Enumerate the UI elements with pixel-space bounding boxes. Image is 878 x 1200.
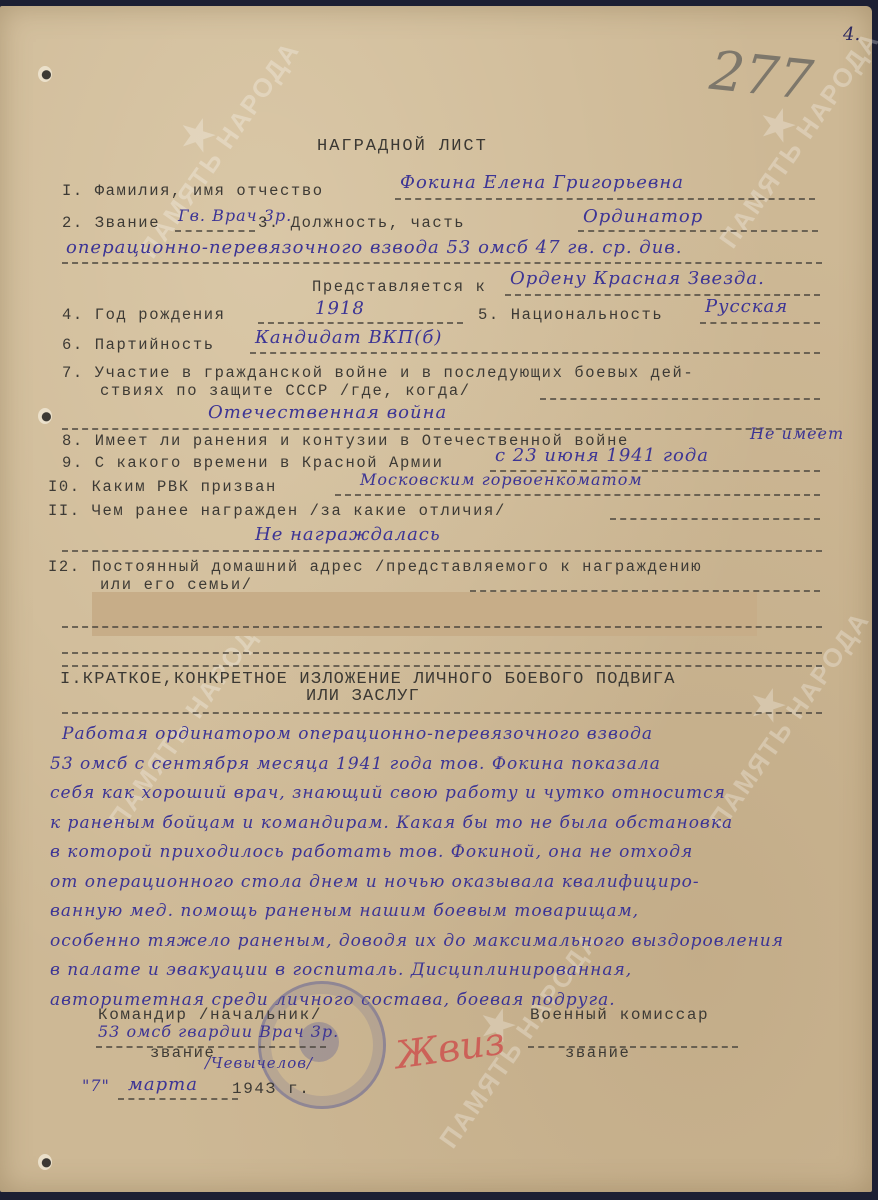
narrative-line: в палате и эвакуации в госпиталь. Дисцип… (50, 960, 632, 980)
commander-name: /Чевычелов/ (205, 1054, 313, 1072)
fill-line (62, 652, 822, 654)
fill-line (395, 198, 815, 200)
field-label-name: I. Фамилия, имя отчество (62, 182, 324, 200)
date-year: 194З г. (232, 1080, 310, 1098)
fill-line (258, 322, 463, 324)
field-label-birth-year: 4. Год рождения (62, 306, 226, 324)
commissar-label: Военный комиссар (530, 1006, 709, 1024)
field-value-name: Фокина Елена Григорьевна (400, 172, 684, 193)
field-label-previous-awards: II. Чем ранее награжден /за какие отличи… (48, 502, 506, 520)
commander-value: 53 омсб гвардии Врач 3р. (98, 1022, 339, 1041)
field-label-civil-war: 7. Участие в гражданской войне и в после… (62, 364, 694, 382)
divider (62, 712, 822, 714)
narrative-line: Работая ординатором операционно-перевязо… (62, 724, 653, 744)
fill-line (62, 626, 822, 628)
fill-line (335, 494, 820, 496)
field-value-party: Кандидат ВКП(б) (255, 327, 442, 348)
punch-hole (38, 66, 52, 82)
field-label-address: I2. Постоянный домашний адрес /представл… (48, 558, 702, 576)
field-value-previous-awards: Не награждалась (255, 524, 441, 545)
field-value-civil-war: Отечественная война (208, 402, 447, 423)
narrative-line: от операционного стола днем и ночью оказ… (50, 872, 700, 892)
fill-line (62, 550, 822, 552)
narrative-line: к раненым бойцам и командирам. Какая бы … (50, 813, 733, 833)
fill-line (700, 322, 820, 324)
rank-label-right: звание (565, 1044, 630, 1062)
field-label-civil-war-cont: ствиях по защите СССР /где, когда/ (100, 382, 471, 400)
field-label-award: Представляется к (312, 278, 486, 296)
field-value-position: Ординатор (583, 206, 703, 227)
field-value-unit: операционно-перевязочного взвода 53 омсб… (66, 237, 683, 258)
punch-hole (38, 408, 52, 424)
field-label-party: 6. Партийность (62, 336, 215, 354)
field-label-rank: 2. Звание (62, 214, 160, 232)
fill-line (118, 1098, 238, 1100)
sheet-number: 4. (843, 24, 860, 45)
section-heading-cont: ИЛИ ЗАСЛУГ (306, 687, 420, 706)
redacted-address (92, 592, 757, 636)
field-value-wounds: Не имеет (750, 424, 844, 443)
date-day: "7" (82, 1076, 110, 1095)
narrative-line: в которой приходилось работать тов. Фоки… (50, 842, 693, 862)
field-label-rvk: I0. Каким РВК призван (48, 478, 277, 496)
punch-hole (38, 1154, 52, 1170)
date-month: марта (128, 1074, 198, 1095)
fill-line (175, 230, 255, 232)
award-sheet-page: ★ПАМЯТЬ НАРОДА ★ПАМЯТЬ НАРОДА ★ПАМЯТЬ НА… (0, 6, 872, 1192)
fill-line (528, 1046, 738, 1048)
field-value-nationality: Русская (705, 296, 788, 317)
field-value-award: Ордену Красная Звезда. (510, 268, 765, 289)
field-label-nationality: 5. Национальность (478, 306, 663, 324)
field-value-army-since: с 23 июня 1941 года (495, 445, 709, 466)
page-title: НАГРАДНОЙ ЛИСТ (317, 137, 488, 156)
field-label-position: 3. Должность, часть (258, 214, 465, 232)
fill-line (62, 262, 822, 264)
fill-line (578, 230, 818, 232)
narrative-line: себя как хороший врач, знающий свою рабо… (50, 783, 726, 803)
fill-line (62, 428, 822, 430)
archive-number: 277 (707, 39, 816, 112)
field-value-birth-year: 1918 (315, 298, 365, 319)
fill-line (540, 398, 820, 400)
narrative-line: ванную мед. помощь раненым нашим боевым … (50, 901, 639, 921)
divider (62, 665, 822, 667)
narrative-line: особенно тяжело раненым, доводя их до ма… (50, 931, 784, 951)
field-value-rvk: Московским горвоенкоматом (360, 470, 643, 489)
fill-line (250, 352, 820, 354)
narrative-line: 53 омсб с сентября месяца 1941 года тов.… (50, 754, 661, 774)
fill-line (610, 518, 820, 520)
